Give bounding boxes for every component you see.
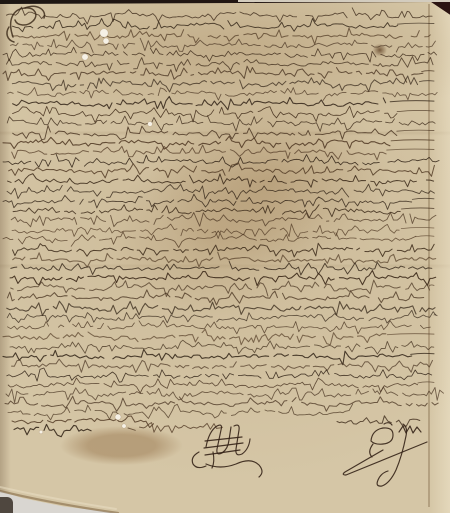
damage-spot — [82, 54, 88, 60]
ink-layer — [0, 0, 450, 513]
damage-spot — [103, 38, 109, 44]
damage-spot — [100, 29, 108, 37]
signature-rubric-right — [343, 423, 427, 486]
scanned-manuscript-page — [0, 0, 450, 513]
damage-spot — [122, 424, 126, 428]
script-text-block — [3, 7, 444, 437]
parchment-edge-shading — [0, 487, 118, 513]
damage-spot — [148, 122, 153, 127]
initial-letter-flourish — [7, 6, 45, 42]
damage-spot — [39, 430, 43, 434]
signature-rubric-center — [192, 425, 262, 477]
damage-spot — [115, 414, 121, 420]
damage-spots — [39, 29, 152, 434]
